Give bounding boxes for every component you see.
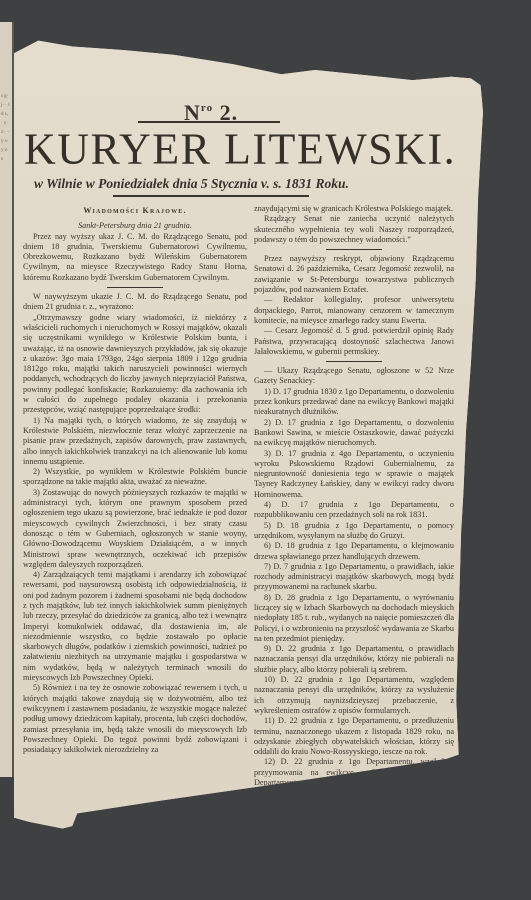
decree-item: 9) D. 22 grudnia z 1go Departamentu, o p… [254,644,454,675]
article-paragraph: Przez naywyższy reskrypt, objawiony Rząd… [254,254,454,295]
decree-item: 2) D. 17 grudnia z 1go Departamentu, o d… [254,418,454,449]
article-paragraph: Rządzący Senat nie zaniecha uczynić nale… [254,214,454,245]
article-paragraph: — Redaktor kollegialny, profesor uniwers… [254,295,454,326]
article-paragraph: — Ukazy Rządzącego Senatu, ogłoszone w 5… [254,366,454,387]
article-paragraph: 2) Wszystkie, po wynikłem w Królestwie P… [23,467,247,488]
decree-item: 1) D. 17 grudnia 1830 z 1go Departamentu… [254,387,454,418]
article-paragraph: znaydującymi się w granicach Królestwa P… [254,204,454,214]
adjacent-page-text-fragments: s g· j· · l d s, · y· z· ·· y s· y z· s [1,92,10,164]
article-paragraph: 1) Na majątki tych, o których wiadomo, ż… [23,416,247,467]
right-column: znaydującymi się w granicach Królestwa P… [254,204,454,799]
decree-item: 4) D. 17 grudnia z 1go Departamentu, o r… [254,500,454,521]
decree-item: 12) D. 22 grudnia z 1go Departamentu, wz… [254,757,454,798]
article-separator [326,249,382,250]
left-column: Wiadomości Krajowe. Sankt-Petersburg dni… [23,204,247,755]
decree-item: 3) D. 17 grudnia z 4go Departamentu, o u… [254,449,454,500]
issue-sup: ro [201,102,213,114]
article-paragraph: 3) Zostawując do nowych późnieyszych roz… [23,488,247,570]
article-paragraph: Przez nay wyższy ukaz J. C. M. do Rządzą… [23,232,247,283]
publication-dateline: w Wilnie w Poniedziałek dnia 5 Stycznia … [34,176,349,192]
masthead-rule-bottom [113,195,309,197]
newspaper-page: Nro 2. KURYER LITEWSKI. w Wilnie w Ponie… [14,28,500,868]
article-paragraph: W naywyższym ukazie J. C. M. do Rządzące… [23,292,247,313]
newspaper-title: KURYER LITEWSKI. [24,122,456,174]
decree-item: 6) D. 18 grudnia z 1go Departamentu, o k… [254,541,454,562]
decree-item: 8) D. 28 grudnia z 1go Departamentu, o w… [254,593,454,644]
article-paragraph: 4) Zarządzaiących temi majątkami i arend… [23,570,247,683]
decree-item: 10) D. 22 grudnia z 1go Departamentu, wz… [254,675,454,716]
section-heading: Wiadomości Krajowe. [23,206,247,216]
location-dateline: Sankt-Petersburg dnia 21 grudnia. [23,221,247,231]
decree-item: 11) D. 22 grudnia z 1go Departamentu, o … [254,716,454,757]
article-paragraph: — Cesarz Jegomość d. 5 grud. potwierdził… [254,326,454,357]
article-separator [326,361,382,362]
article-paragraph: „Otrzymawszy godne wiary wiadomości, iż … [23,313,247,416]
article-separator [107,287,163,288]
article-paragraph: 5) Również i na tey że osnowie zobowiąza… [23,683,247,755]
adjacent-page-edge: s g· j· · l d s, · y· z· ·· y s· y z· s [0,22,14,777]
decree-item: 5) D. 18 grudnia z 1go Departamentu, o p… [254,521,454,542]
decree-item: 7) D. 7 grudnia z 1go Departamentu, o pr… [254,562,454,593]
